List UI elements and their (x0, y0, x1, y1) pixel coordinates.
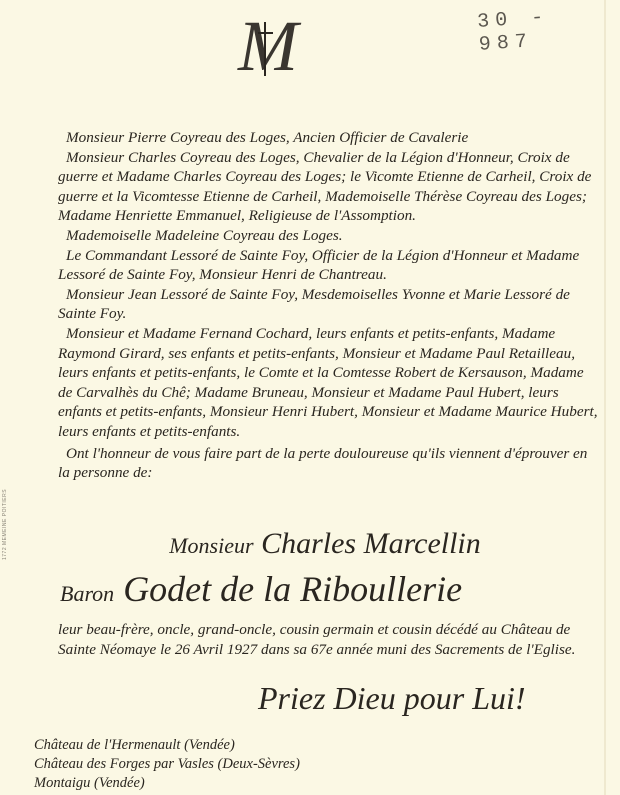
address-line: Montaigu (Vendée) (34, 774, 300, 793)
mourner-entry: Monsieur Charles Coyreau des Loges, Chev… (58, 148, 598, 226)
deceased-line-2: Baron Godet de la Riboullerie (60, 567, 580, 616)
mourner-entry: Le Commandant Lessoré de Sainte Foy, Off… (58, 246, 598, 285)
deceased-name-block: Monsieur Charles Marcellin Baron Godet d… (60, 525, 580, 616)
archive-number-stamp: 30 - 987 (477, 1, 620, 57)
deceased-title: Monsieur (169, 533, 253, 558)
prayer-line: Priez Dieu pour Lui! (258, 680, 526, 717)
addresses-list: Château de l'Hermenault (Vendée) Château… (34, 736, 300, 793)
mourner-entry: Monsieur Pierre Coyreau des Loges, Ancie… (58, 128, 598, 148)
mourner-entry: Monsieur et Madame Fernand Cochard, leur… (58, 324, 598, 442)
closing-text: leur beau-frère, oncle, grand-oncle, cou… (58, 620, 598, 659)
monogram-letter: M (238, 10, 298, 82)
mourner-entry: Monsieur Jean Lessoré de Sainte Foy, Mes… (58, 285, 598, 324)
address-line: Château des Forges par Vasles (Deux-Sèvr… (34, 755, 300, 774)
monogram: M (228, 20, 348, 82)
deceased-surname: Godet de la Riboullerie (123, 569, 462, 609)
mourners-list: Monsieur Pierre Coyreau des Loges, Ancie… (58, 128, 598, 483)
announcement-text: Ont l'honneur de vous faire part de la p… (58, 444, 598, 483)
deceased-given-names: Charles Marcellin (261, 527, 481, 560)
deceased-line-1: Monsieur Charles Marcellin (60, 525, 580, 565)
address-line: Château de l'Hermenault (Vendée) (34, 736, 300, 755)
mourner-entry: Mademoiselle Madeleine Coyreau des Loges… (58, 226, 598, 246)
paper-fold-line (604, 0, 606, 795)
deceased-rank: Baron (60, 581, 114, 606)
printer-imprint: 1772 MEMEINE POITIERS (2, 489, 8, 560)
